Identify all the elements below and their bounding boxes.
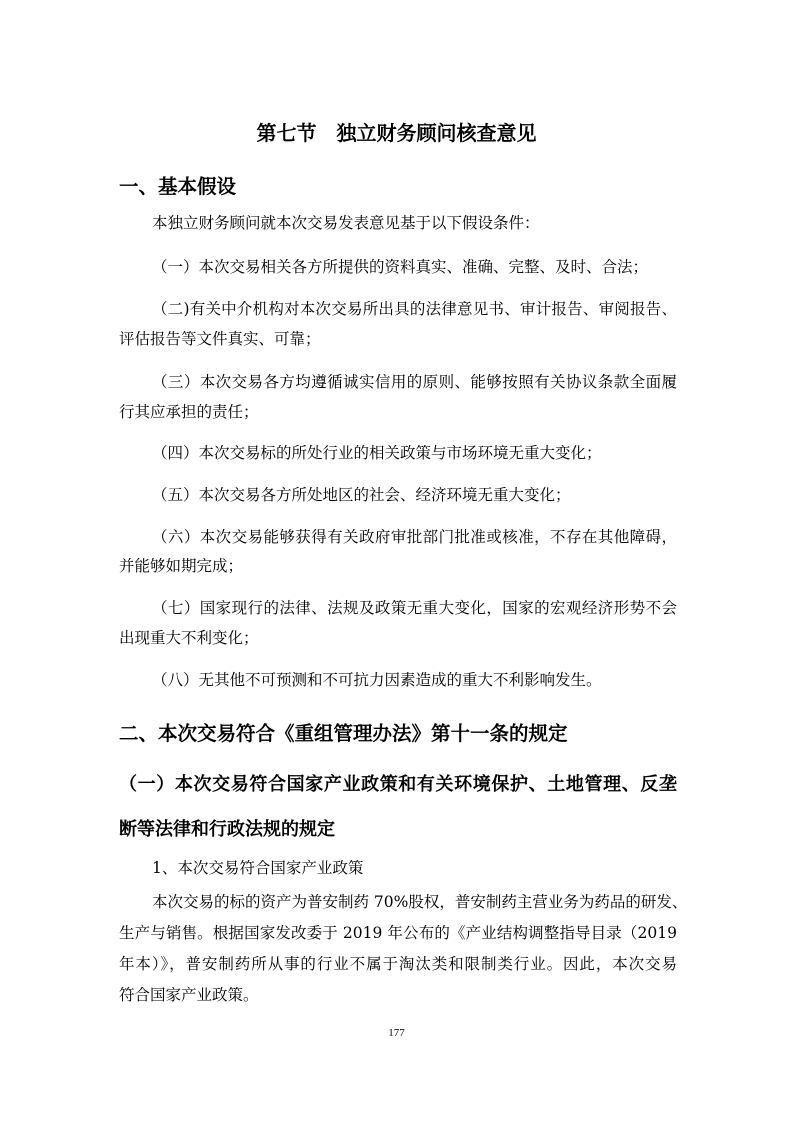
point-1-body-line-3: 年本）》，普安制药所从事的行业不属于淘汰类和限制类行业。因此，本次交易 — [119, 952, 677, 974]
assumption-3-line-1: （三）本次交易各方均遵循诚实信用的原则、能够按照有关协议条款全面履 — [152, 370, 677, 392]
assumption-2-line-2: 评估报告等文件真实、可靠； — [119, 327, 677, 349]
intro-paragraph: 本独立财务顾问就本次交易发表意见基于以下假设条件： — [152, 211, 540, 233]
point-1-body-line-2: 生产与销售。根据国家发改委于 2019 年公布的《产业结构调整指导目录（2019 — [119, 921, 677, 943]
assumption-2-line-1: （二)有关中介机构对本次交易所出具的法律意见书、审计报告、审阅报告、 — [152, 297, 677, 319]
point-1-body-line-4: 符合国家产业政策。 — [119, 983, 677, 1005]
section-title: 第七节 独立财务顾问核查意见 — [0, 117, 793, 146]
assumption-7-line-2: 出现重大不利变化； — [119, 626, 677, 648]
assumption-5: （五）本次交易各方所处地区的社会、经济环境无重大变化； — [152, 483, 571, 505]
page-number: 177 — [0, 1027, 793, 1039]
assumption-3-line-2: 行其应承担的责任； — [119, 400, 677, 422]
assumption-8: （八）无其他不可预测和不可抗力因素造成的重大不利影响发生。 — [152, 668, 602, 690]
point-1-title: 1、本次交易符合国家产业政策 — [152, 856, 363, 878]
heading-basic-assumptions: 一、基本假设 — [119, 171, 236, 199]
subheading-line-1: （一）本次交易符合国家产业政策和有关环境保护、土地管理、反垄 — [119, 770, 677, 796]
point-1-body-line-1: 本次交易的标的资产为普安制药 70%股权，普安制药主营业务为药品的研发、 — [152, 890, 677, 912]
assumption-4: （四）本次交易标的所处行业的相关政策与市场环境无重大变化； — [152, 441, 602, 463]
assumption-6-line-1: （六）本次交易能够获得有关政府审批部门批准或核准，不存在其他障碍， — [152, 525, 677, 547]
assumption-6-line-2: 并能够如期完成； — [119, 554, 677, 576]
assumption-1: （一）本次交易相关各方所提供的资料真实、准确、完整、及时、合法； — [152, 255, 648, 277]
assumption-7-line-1: （七）国家现行的法律、法规及政策无重大变化，国家的宏观经济形势不会 — [152, 596, 677, 618]
document-page: 第七节 独立财务顾问核查意见 一、基本假设 本独立财务顾问就本次交易发表意见基于… — [0, 0, 793, 1122]
subheading-line-2: 断等法律和行政法规的规定 — [119, 815, 335, 841]
heading-article-11: 二、本次交易符合《重组管理办法》第十一条的规定 — [119, 718, 568, 746]
